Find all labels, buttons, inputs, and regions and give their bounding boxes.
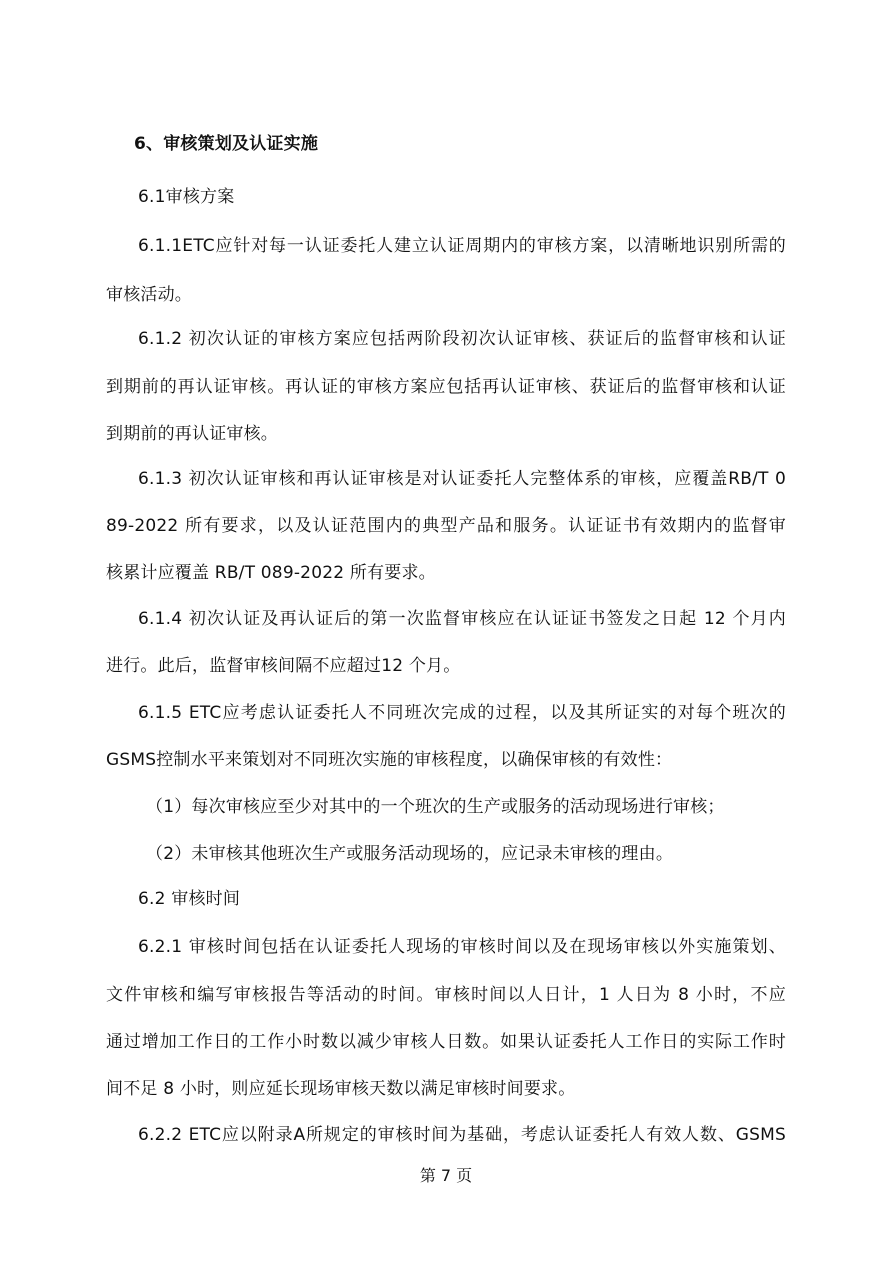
- paragraph-6-2-2-line-1: 6.2.2 ETC应以附录A所规定的审核时间为基础，考虑认证委托人有效人数、GS…: [138, 1123, 786, 1147]
- paragraph-6-1-3-line-3: 核累计应覆盖 RB/T 089-2022 所有要求。: [106, 561, 786, 585]
- paragraph-6-1-4-line-2: 进行。此后，监督审核间隔不应超过12 个月。: [106, 654, 786, 678]
- subheading-6-1: 6.1审核方案: [138, 185, 786, 209]
- paragraph-6-1-1-line-2: 审核活动。: [106, 283, 786, 307]
- paragraph-6-1-1-line-1: 6.1.1ETC应针对每一认证委托人建立认证周期内的审核方案，以清晰地识别所需的: [138, 234, 786, 258]
- paragraph-6-1-3-line-2: 89-2022 所有要求，以及认证范围内的典型产品和服务。认证证书有效期内的监督…: [106, 514, 786, 538]
- list-item-2: （2）未审核其他班次生产或服务活动现场的，应记录未审核的理由。: [146, 842, 786, 866]
- paragraph-6-2-1-line-3: 通过增加工作日的工作小时数以减少审核人日数。如果认证委托人工作日的实际工作时: [106, 1030, 786, 1054]
- paragraph-6-1-5-line-2: GSMS控制水平来策划对不同班次实施的审核程度，以确保审核的有效性：: [106, 748, 786, 772]
- section-heading: 6、审核策划及认证实施: [134, 132, 814, 156]
- paragraph-6-1-2-line-1: 6.1.2 初次认证的审核方案应包括两阶段初次认证审核、获证后的监督审核和认证: [138, 327, 786, 351]
- paragraph-6-2-1-line-2: 文件审核和编写审核报告等活动的时间。审核时间以人日计，1 人日为 8 小时，不应: [106, 983, 786, 1007]
- paragraph-6-1-5-line-1: 6.1.5 ETC应考虑认证委托人不同班次完成的过程，以及其所证实的对每个班次的: [138, 701, 786, 725]
- paragraph-6-2-1-line-4: 间不足 8 小时，则应延长现场审核天数以满足审核时间要求。: [106, 1077, 786, 1101]
- paragraph-6-1-3-line-1: 6.1.3 初次认证审核和再认证审核是对认证委托人完整体系的审核，应覆盖RB/T…: [138, 467, 786, 491]
- subheading-6-2: 6.2 审核时间: [138, 887, 786, 911]
- paragraph-6-2-1-line-1: 6.2.1 审核时间包括在认证委托人现场的审核时间以及在现场审核以外实施策划、: [138, 935, 786, 959]
- document-page: 6、审核策划及认证实施 6.1审核方案 6.1.1ETC应针对每一认证委托人建立…: [0, 0, 892, 1262]
- paragraph-6-1-2-line-3: 到期前的再认证审核。: [106, 422, 786, 446]
- page-number-footer: 第 7 页: [0, 1164, 892, 1188]
- list-item-1: （1）每次审核应至少对其中的一个班次的生产或服务的活动现场进行审核；: [146, 795, 786, 819]
- paragraph-6-1-4-line-1: 6.1.4 初次认证及再认证后的第一次监督审核应在认证证书签发之日起 12 个月…: [138, 607, 786, 631]
- paragraph-6-1-2-line-2: 到期前的再认证审核。再认证的审核方案应包括再认证审核、获证后的监督审核和认证: [106, 375, 786, 399]
